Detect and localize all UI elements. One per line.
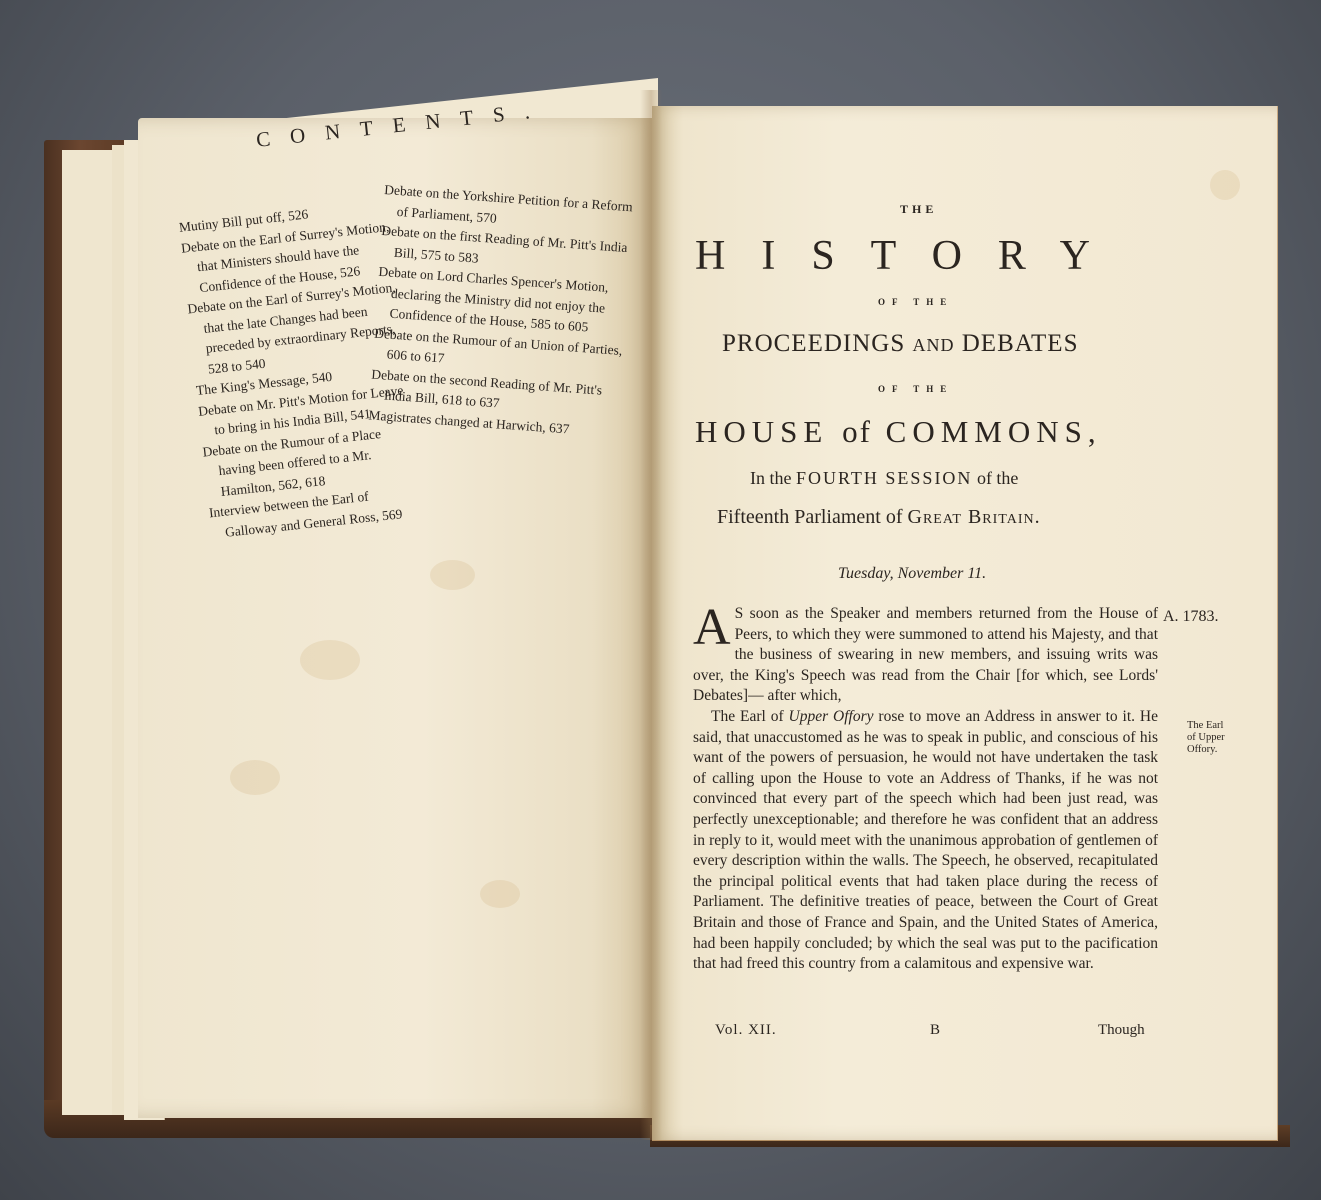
- contents-column-2: Debate on the Yorkshire Petition for a R…: [368, 180, 647, 444]
- paragraph-2-text: rose to move an Address in answer to it.…: [693, 708, 1158, 972]
- footer-catchword: Though: [1098, 1022, 1145, 1039]
- paper-stain: [300, 640, 360, 680]
- title-house: HOUSE: [695, 414, 828, 449]
- paragraph-1: AS soon as the Speaker and members retur…: [693, 604, 1158, 707]
- title-house-of-commons: HOUSE of COMMONS,: [695, 414, 1102, 450]
- body-text: AS soon as the Speaker and members retur…: [693, 604, 1158, 975]
- drop-cap: A: [693, 608, 731, 648]
- paragraph-2: The Earl of Upper Offory rose to move an…: [693, 707, 1158, 975]
- paper-stain: [1210, 170, 1240, 200]
- parliament-country: Great Britain.: [908, 506, 1041, 528]
- title-of: of: [842, 414, 872, 449]
- book-gutter: [640, 90, 662, 1140]
- session-prefix: In the: [750, 468, 791, 488]
- paragraph-1-text: S soon as the Speaker and members return…: [693, 605, 1158, 704]
- paper-stain: [430, 560, 475, 590]
- session-suffix: of the: [977, 468, 1018, 488]
- footer-signature: B: [930, 1022, 940, 1039]
- margin-note-speaker: The Earl of Upper Offory.: [1187, 720, 1232, 756]
- title-parliament: Fifteenth Parliament of Great Britain.: [717, 506, 1041, 529]
- title-and: AND: [913, 335, 955, 355]
- paper-stain: [230, 760, 280, 795]
- title-commons: COMMONS,: [886, 414, 1102, 449]
- title-the: THE: [900, 202, 937, 217]
- parliament-prefix: Fifteenth Parliament of: [717, 506, 903, 528]
- session-date: Tuesday, November 11.: [838, 565, 986, 583]
- title-debates: DEBATES: [962, 330, 1079, 357]
- session-name: FOURTH SESSION: [796, 468, 972, 488]
- footer-volume: Vol. XII.: [715, 1022, 777, 1039]
- title-proceedings: PROCEEDINGS: [722, 330, 905, 357]
- title-history: HISTORY: [695, 232, 1126, 280]
- paragraph-2-name: Upper Offory: [789, 708, 874, 725]
- title-of-the: OF THE: [878, 384, 953, 394]
- paper-stain: [480, 880, 520, 908]
- title-session: In the FOURTH SESSION of the: [750, 468, 1018, 489]
- margin-note-year: A. 1783.: [1163, 608, 1219, 626]
- paragraph-2-prefix: The Earl of: [711, 708, 789, 725]
- title-of-the: OF THE: [878, 297, 953, 307]
- title-proceedings-and-debates: PROCEEDINGS AND DEBATES: [722, 330, 1078, 358]
